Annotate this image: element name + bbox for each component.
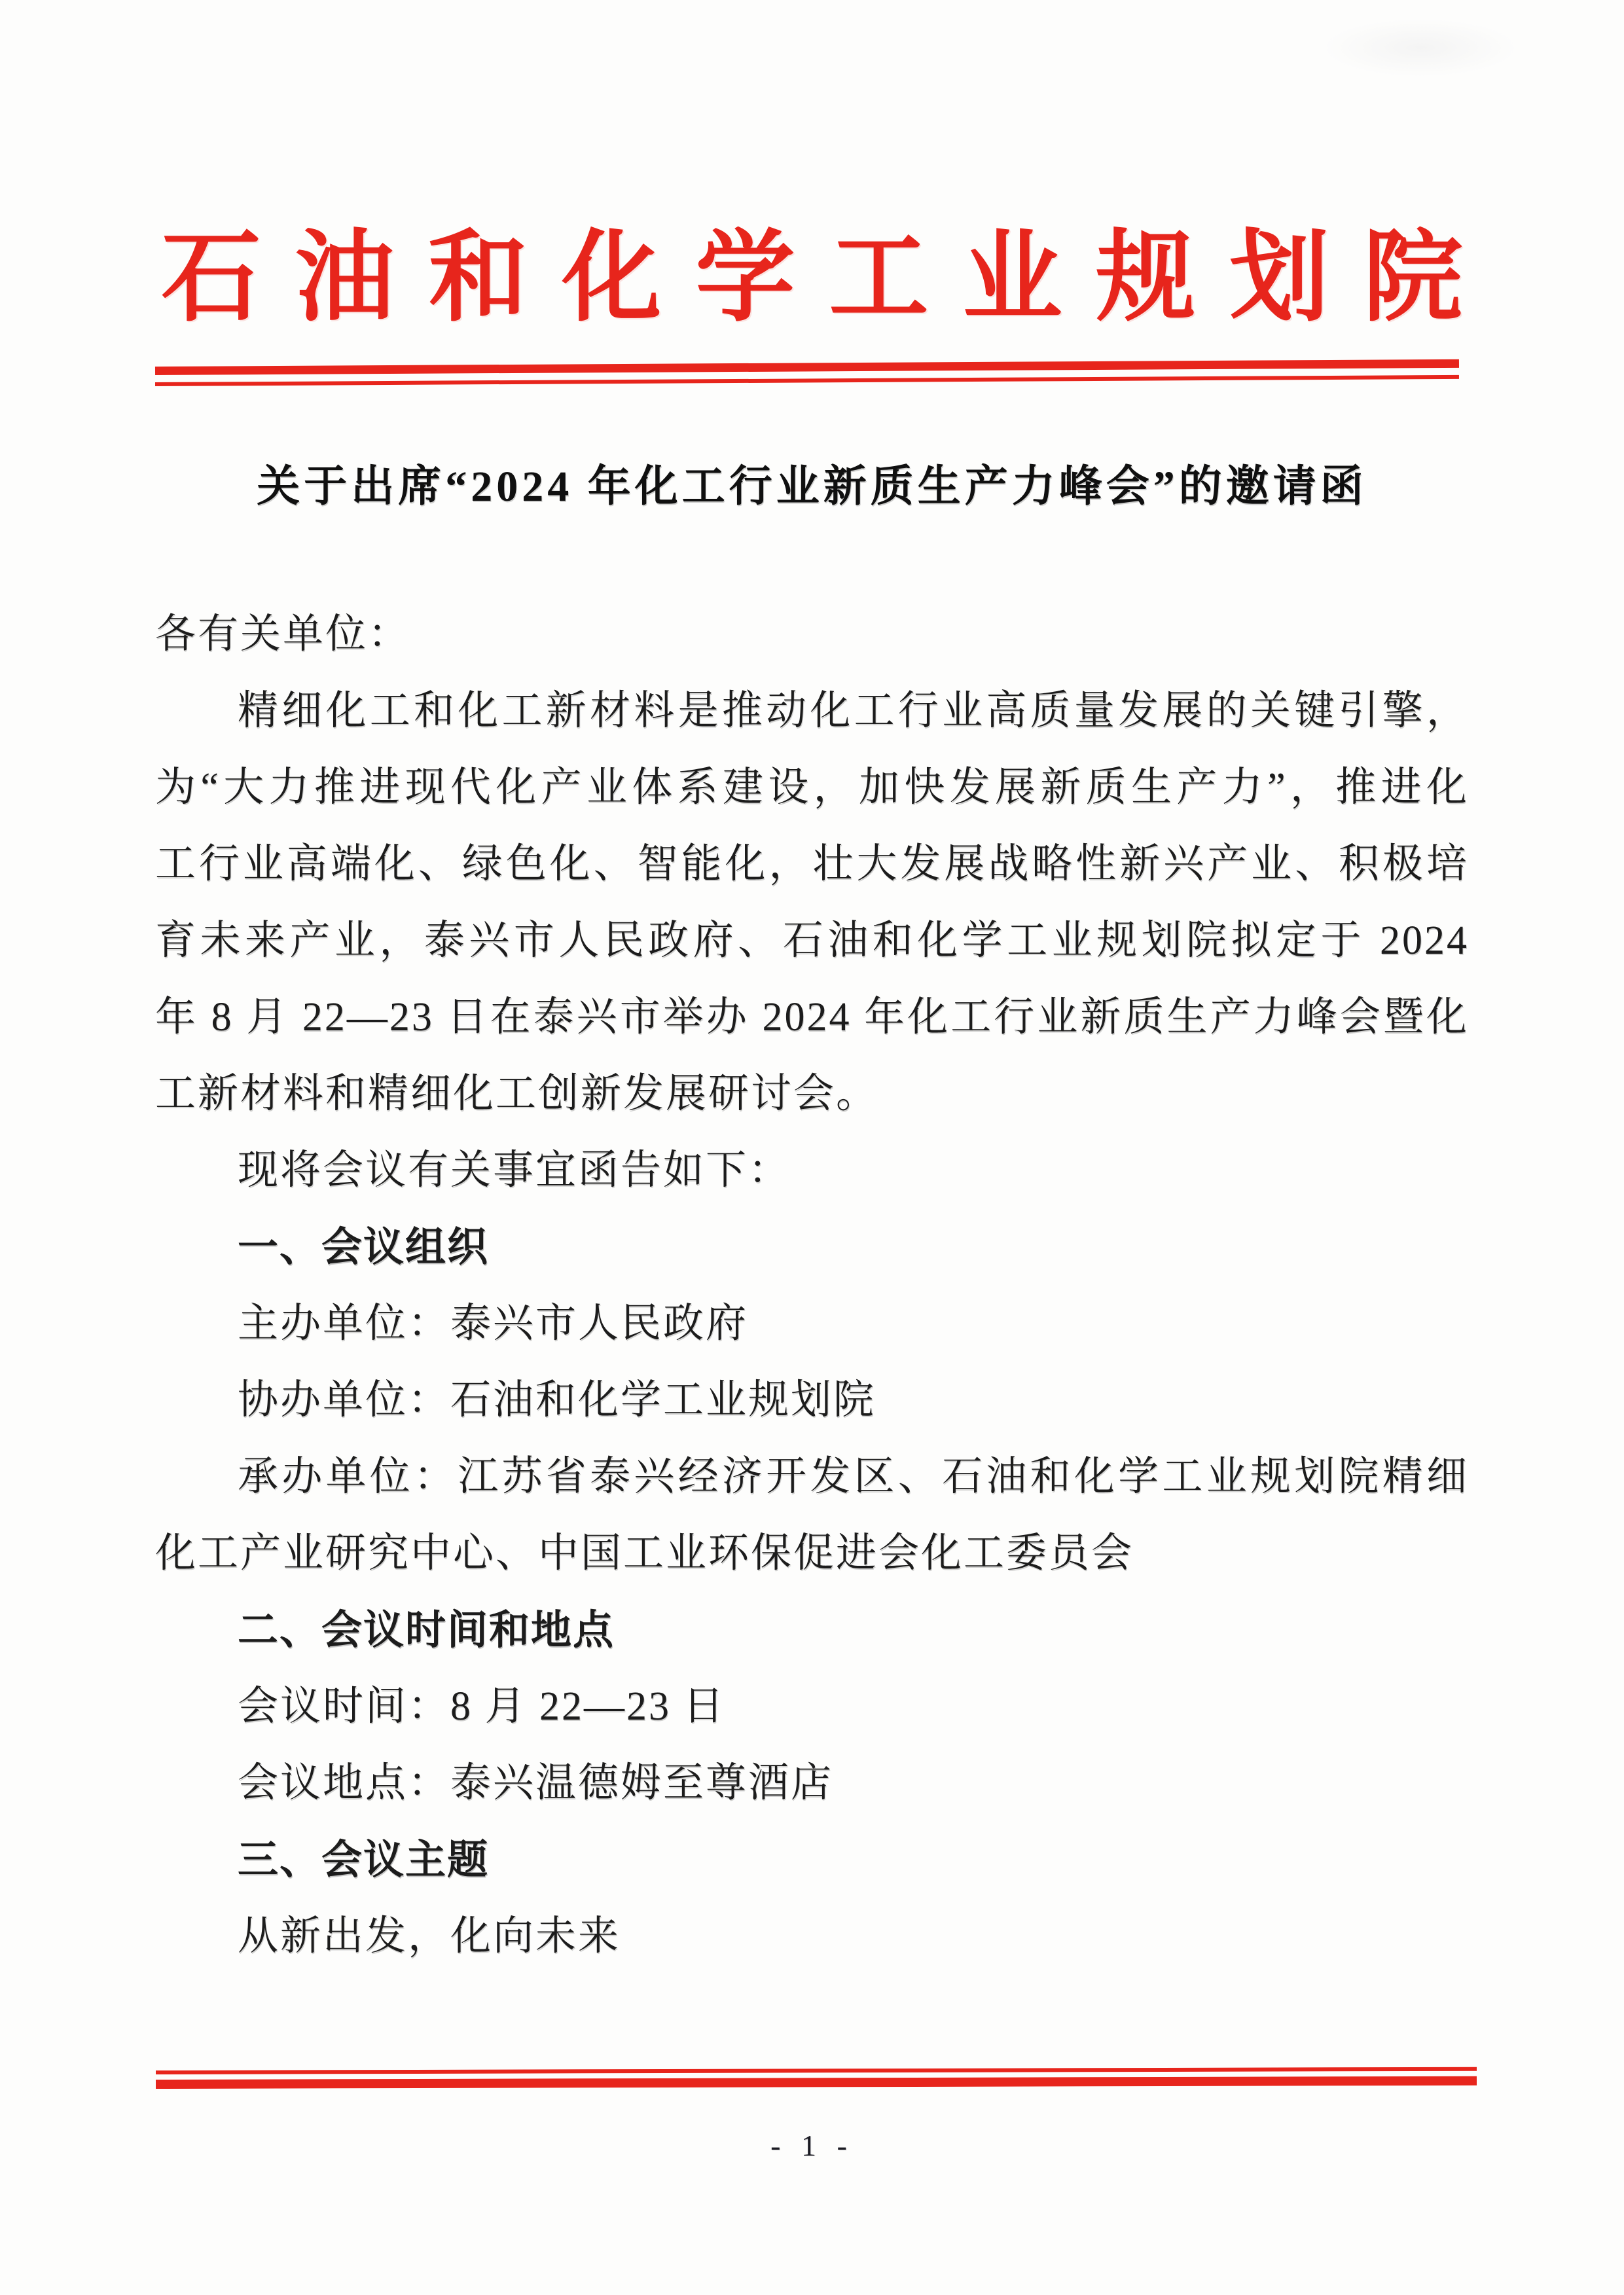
body-line: 精细化工和化工新材料是推动化工行业高质量发展的关键引擎， [155,673,1469,750]
letter-body: 各有关单位： 精细化工和化工新材料是推动化工行业高质量发展的关键引擎， 为“大力… [155,596,1469,1975]
header-rule-thin [155,375,1459,386]
host-unit-line: 主办单位：泰兴市人民政府 [155,1286,1469,1362]
section-heading-time-place: 二、会议时间和地点 [155,1592,1469,1669]
scan-artifact [1322,18,1519,77]
footer-rule-thin [156,2067,1477,2074]
page-number: - 1 - [0,2120,1624,2172]
body-line: 育未来产业，泰兴市人民政府、石油和化学工业规划院拟定于 2024 [155,903,1469,979]
body-line: 为“大力推进现代化产业体系建设，加快发展新质生产力”，推进化 [155,750,1469,826]
scanned-letter-page: 石油和化学工业规划院 关于出席“2024 年化工行业新质生产力峰会”的邀请函 各… [0,0,1624,2295]
undertaker-line-cont: 化工产业研究中心、中国工业环保促进会化工委员会 [155,1515,1469,1592]
body-line: 工行业高端化、绿色化、智能化，壮大发展战略性新兴产业、积极培 [155,826,1469,903]
body-line: 工新材料和精细化工创新发展研讨会。 [155,1056,1469,1132]
meeting-theme-line: 从新出发，化向未来 [155,1898,1469,1975]
meeting-place-line: 会议地点：泰兴温德姆至尊酒店 [155,1745,1469,1822]
salutation-line: 各有关单位： [155,596,1469,673]
meeting-time-line: 会议时间：8 月 22—23 日 [155,1669,1469,1745]
document-title: 关于出席“2024 年化工行业新质生产力峰会”的邀请函 [0,457,1624,517]
section-heading-organization: 一、会议组织 [155,1209,1469,1286]
undertaker-line: 承办单位：江苏省泰兴经济开发区、石油和化学工业规划院精细 [155,1439,1469,1515]
co-organizer-line: 协办单位：石油和化学工业规划院 [155,1362,1469,1439]
letterhead-org-name: 石油和化学工业规划院 [0,216,1624,340]
body-line: 年 8 月 22—23 日在泰兴市举办 2024 年化工行业新质生产力峰会暨化 [155,979,1469,1056]
header-rule-thick [155,359,1459,375]
footer-rule-thick [156,2076,1477,2089]
section-heading-theme: 三、会议主题 [155,1822,1469,1898]
body-line: 现将会议有关事宜函告如下： [155,1132,1469,1209]
